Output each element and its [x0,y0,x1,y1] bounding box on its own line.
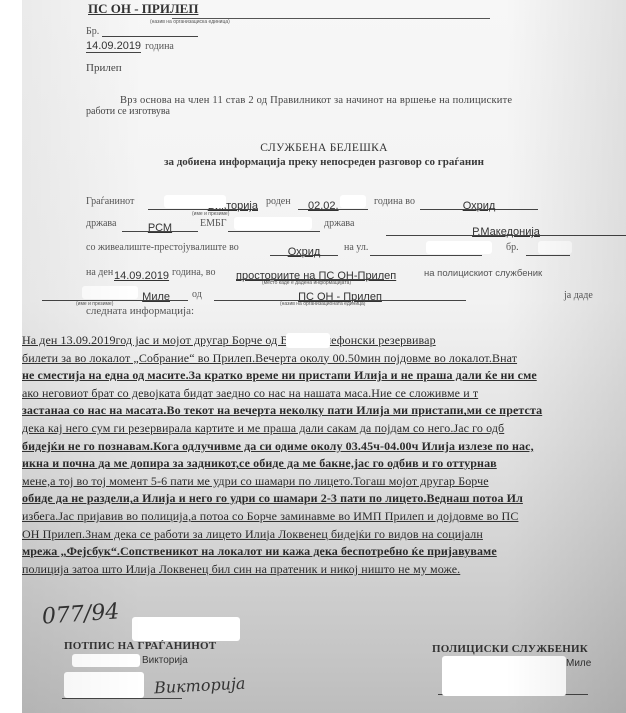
redaction-citizen-signature-surname [72,654,140,667]
country2-field: Р.Македонија [386,222,626,236]
statement-line: избега.Јас пријавив во полиција,а потоа … [22,508,626,526]
house-number-label: бр. [506,242,519,253]
place-field: просториите на ПС ОН-Прилеп [236,266,384,280]
document-subtitle: за добиена информација преку непосреден … [22,156,626,168]
statement-line: мрежа „Фејсбук“.Сопственикот на локалот … [22,543,626,561]
handwritten-phone-number: 077/94 [41,599,120,629]
statement-line: полиција затоа што Илија Локвенец бил си… [22,561,626,579]
following-label: следната информација: [86,305,194,317]
on-day-label: на ден [86,267,113,278]
year-at-label: година, во [172,267,215,278]
country-label: држава [86,218,116,229]
statement-line: обиде да не раздели,а Илија и него го уд… [22,490,626,508]
redaction-friend-surname [286,333,330,348]
residence-label: со живеалиште-престојувалиште во [86,242,239,253]
country2-value: Р.Македонија [472,226,540,238]
redaction-officer-signature [442,656,566,696]
officer-name: Миле [142,291,170,303]
date-value: 14.09.2019 [86,40,141,53]
born-label: роден [266,196,291,207]
on-day-value: 14.09.2019 [114,270,169,282]
statement-line: мене,а тој во тој момент 5-6 пати ме удр… [22,473,626,491]
redaction-house-number [538,241,572,254]
unit-caption: (назив на организационата единица) [280,301,365,307]
org-caption: (назив на организациска единица) [150,19,230,25]
statement-line: билети за во локалот „Собрание“ во Приле… [22,350,626,368]
officer-signature-title: ПОЛИЦИСКИ СЛУЖБЕНИК [432,643,588,655]
country-field: РСМ [122,218,198,232]
city: Прилеп [86,62,122,74]
statement-line: ако неговиот брат со девојката бидат зае… [22,385,626,403]
place-caption: (место каде е дадена информацијата) [262,280,351,286]
statement-line: дека кај него сум ги резервирала картите… [22,420,626,438]
date-suffix: година [145,41,174,52]
citizen-signature-title: ПОТПИС НА ГРАЃАНИНОТ [64,640,216,652]
citizen-caption: (име и презиме) [192,211,229,217]
statement-line: бидејќи не го познавам.Кога одлучивме да… [22,438,626,456]
redaction-citizen-signature [64,672,144,698]
gave-label: ја даде [564,290,593,301]
citizen-signature-name: Викторија [142,655,188,666]
redaction-birth-year [340,195,366,208]
redaction-embg [234,217,312,230]
birthplace-value: Охрид [463,200,496,212]
legal-basis-line-2: работи се изготвува [86,106,170,117]
officer-unit-field: ПС ОН - Прилеп [214,287,466,301]
redaction-citizen-surname [164,195,226,208]
to-officer-label: на полицискиот службеник [424,268,542,279]
country-value: РСМ [148,222,172,234]
residence-value: Охрид [288,246,321,258]
scanned-document-page: ПС ОН - ПРИЛЕП (назив на организациска е… [22,0,626,713]
citizen-signature-line [62,698,182,699]
statement-line: застанаа со нас на масата.Во текот на ве… [22,402,626,420]
legal-basis-line-1: Врз основа на член 11 став 2 од Правилни… [120,95,512,106]
born-value: 02.02. [308,200,339,212]
officer-signature-name: Миле [566,658,591,669]
document-date: 14.09.2019 година [86,36,174,54]
redaction-officer-surname [82,286,138,299]
redaction-phone-number [132,617,240,641]
citizen-handwritten-signature: Викторија [154,674,246,698]
statement-body: На ден 13.09.2019год јас и мојот другар … [22,332,626,578]
statement-line: не сместија на една од масите.За кратко … [22,367,626,385]
from-label: од [192,289,202,300]
year-in-label: година во [374,196,415,207]
residence-field: Охрид [270,242,338,256]
statement-line: ОН Прилеп.Знам дека се работи за лицето … [22,526,626,544]
redaction-street [426,241,492,254]
on-day-field: 14.09.2019 [114,266,169,284]
statement-line: икна и почна да ме допира за задникот,се… [22,455,626,473]
embg-label: ЕМБГ [200,218,227,229]
document-title: СЛУЖБЕНА БЕЛЕШКА [22,142,626,154]
citizen-label: Граѓанинот [86,196,134,207]
org-name: ПС ОН - ПРИЛЕП [88,1,198,17]
birthplace-field: Охрид [420,196,538,210]
street-label: на ул. [344,242,368,253]
country2-label: држава [324,218,354,229]
